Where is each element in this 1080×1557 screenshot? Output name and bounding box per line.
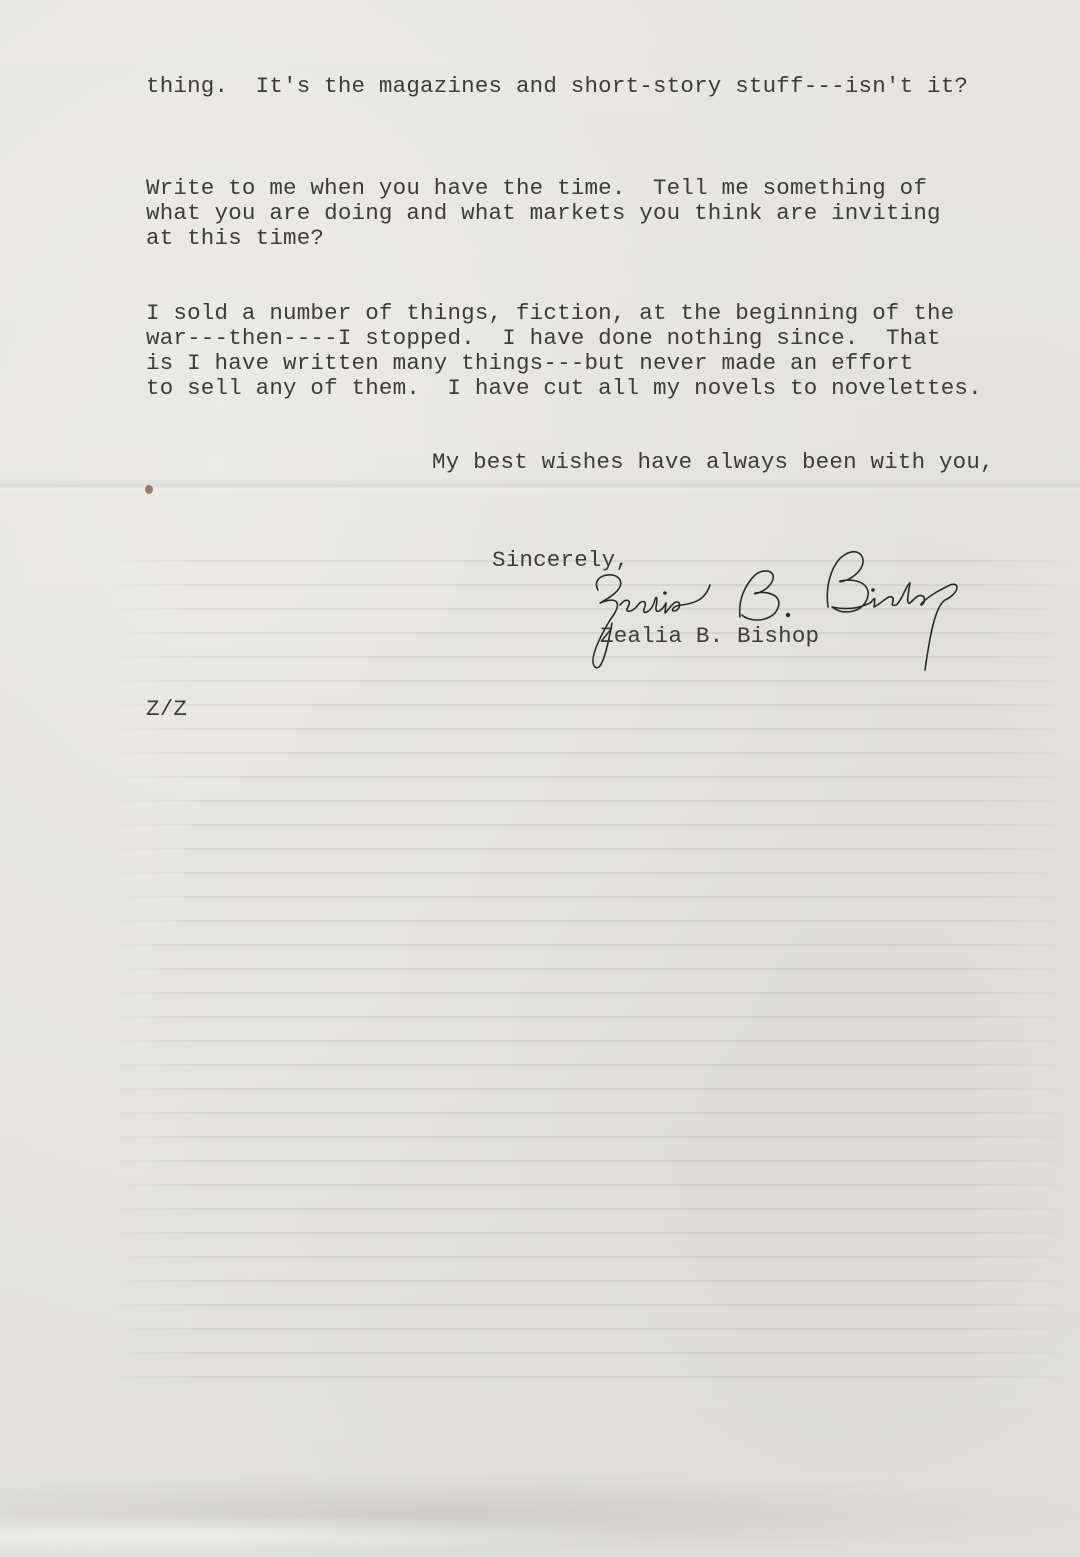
paragraph-line: to sell any of them. I have cut all my n… [146,375,982,401]
reference-initials: Z/Z [146,697,187,722]
paragraph-line: is I have written many things---but neve… [146,350,913,376]
paragraph-line: I sold a number of things, fiction, at t… [146,300,954,326]
paragraph-line: what you are doing and what markets you … [146,200,941,226]
paragraph-line: war---then----I stopped. I have done not… [146,325,941,351]
paper-crease-highlight [0,1515,660,1555]
typed-signature-name: Zealia B. Bishop [600,624,819,649]
opening-line: thing. It's the magazines and short-stor… [146,74,968,99]
letter-page: thing. It's the magazines and short-stor… [0,0,1080,1557]
paragraph-sold-fiction: I sold a number of things, fiction, at t… [146,301,982,401]
show-through-text [110,560,1070,1380]
paragraph-line: at this time? [146,225,324,251]
ink-smudge [145,485,153,494]
handwritten-signature [570,545,970,675]
paper-fold [0,478,1080,496]
closing-line: My best wishes have always been with you… [432,450,994,475]
paragraph-write-to-me: Write to me when you have the time. Tell… [146,176,941,251]
paragraph-line: Write to me when you have the time. Tell… [146,175,927,201]
